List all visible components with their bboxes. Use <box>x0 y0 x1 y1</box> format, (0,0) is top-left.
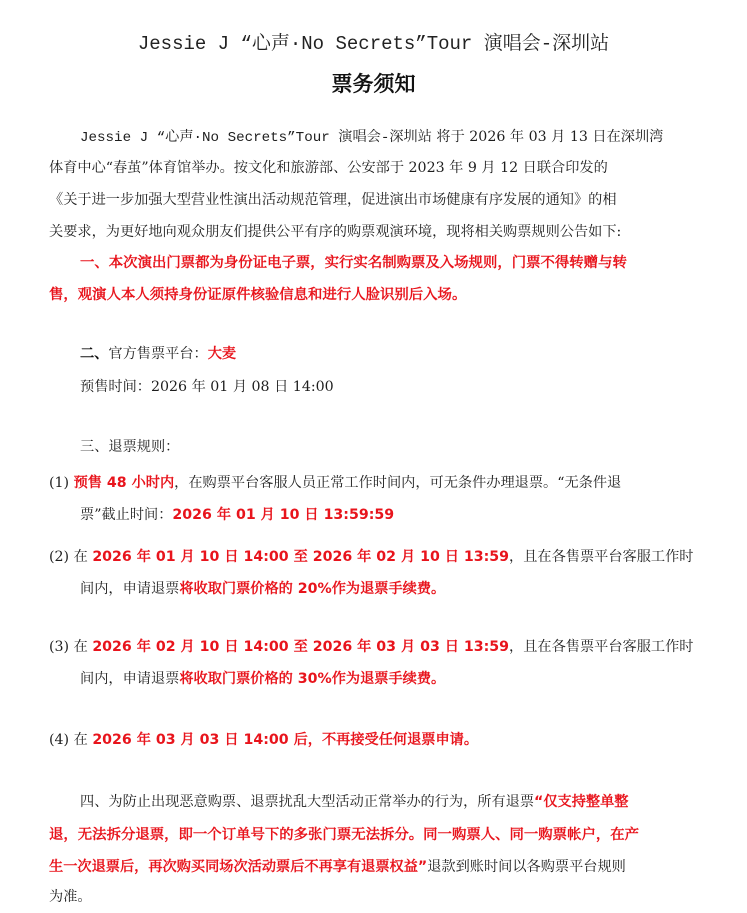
rule-highlight: 预售 48 小时内 <box>74 475 175 491</box>
rule-text: 间内，申请退票 <box>80 581 179 597</box>
intro-line-1: Jessie J “心声·No Secrets”Tour 演唱会-深圳站 将于 … <box>80 126 663 146</box>
intro-event-date: 将于 2026 年 03 月 13 日在深圳湾 <box>432 129 663 145</box>
section2-number: 二、 <box>80 346 108 362</box>
presale-time: 2026 年 01 月 08 日 14:00 <box>151 379 334 395</box>
rule-text: ，且在各售票平台客服工作时 <box>509 549 693 565</box>
section4-line-3: 生一次退票后，再次购买同场次活动票后不再享有退票权益”退款到账时间以各购票平台规… <box>49 856 626 876</box>
refund-rule-1-line-1: (1) 预售 48 小时内，在购票平台客服人员正常工作时间内，可无条件办理退票。… <box>49 472 621 492</box>
refund-rule-4-line-1: (4) 在 2026 年 03 月 03 日 14:00 后，不再接受任何退票申… <box>49 729 478 749</box>
rule-period: 2026 年 01 月 10 日 14:00 至 2026 年 02 月 10 … <box>92 549 509 565</box>
platform-name: 大麦 <box>208 346 236 362</box>
rule-text: ，在购票平台客服人员正常工作时间内，可无条件办理退票。“无条件退 <box>174 475 621 491</box>
rule-cutoff: 2026 年 03 月 03 日 14:00 后，不再接受任何退票申请。 <box>92 732 478 748</box>
rule-number: (3) <box>49 639 74 655</box>
section3-heading: 三、退票规则： <box>80 436 179 456</box>
section1-line-2: 售，观演人本人须持身份证原件核验信息和进行人脸识别后入场。 <box>49 283 466 304</box>
section4-line-4: 为准。 <box>49 886 92 906</box>
section4-highlight: 生一次退票后，再次购买同场次活动票后不再享有退票权益” <box>49 859 427 875</box>
section4-text: 四、为防止出现恶意购票、退票扰乱大型活动正常举办的行为，所有退票 <box>80 794 534 810</box>
ticket-notice-document: Jessie J “心声·No Secrets”Tour 演唱会-深圳站 票务须… <box>0 0 747 913</box>
rule-deadline: 2026 年 01 月 10 日 13:59:59 <box>172 507 394 523</box>
document-title: Jessie J “心声·No Secrets”Tour 演唱会-深圳站 <box>0 28 747 55</box>
section4-line-1: 四、为防止出现恶意购票、退票扰乱大型活动正常举办的行为，所有退票“仅支持整单整 <box>80 791 628 811</box>
rule-text: 在 <box>74 732 93 748</box>
rule-number: (1) <box>49 475 74 491</box>
refund-rule-1-line-2: 票”截止时间：2026 年 01 月 10 日 13:59:59 <box>80 504 394 524</box>
presale-label: 预售时间： <box>80 379 151 395</box>
rule-text: 票”截止时间： <box>80 507 172 523</box>
document-subtitle: 票务须知 <box>0 68 747 98</box>
rule-text: 在 <box>74 549 93 565</box>
section1-line-1: 一、本次演出门票都为身份证电子票，实行实名制购票及入场规则，门票不得转赠与转 <box>80 251 627 272</box>
refund-rule-3-line-2: 间内，申请退票将收取门票价格的 30%作为退票手续费。 <box>80 668 445 688</box>
rule-fee: 将收取门票价格的 20%作为退票手续费。 <box>179 581 445 597</box>
rule-number: (4) <box>49 732 74 748</box>
rule-fee: 将收取门票价格的 30%作为退票手续费。 <box>179 671 445 687</box>
section2-heading: 二、官方售票平台：大麦 <box>80 343 236 363</box>
refund-rule-2-line-2: 间内，申请退票将收取门票价格的 20%作为退票手续费。 <box>80 578 445 598</box>
presale-line: 预售时间：2026 年 01 月 08 日 14:00 <box>80 376 334 396</box>
platform-label: 官方售票平台： <box>108 346 207 362</box>
rule-text: ，且在各售票平台客服工作时 <box>509 639 693 655</box>
section4-highlight: “仅支持整单整 <box>534 794 628 810</box>
section4-line-2: 退，无法拆分退票，即一个订单号下的多张门票无法拆分。同一购票人、同一购票帐户，在… <box>49 823 639 844</box>
intro-line-4: 关要求，为更好地向观众朋友们提供公平有序的购票观演环境，现将相关购票规则公告如下… <box>49 221 621 241</box>
refund-rule-3-line-1: (3) 在 2026 年 02 月 10 日 14:00 至 2026 年 03… <box>49 636 694 656</box>
intro-line-2: 体育中心“春茧”体育馆举办。按文化和旅游部、公安部于 2023 年 9 月 12… <box>49 157 608 177</box>
rule-period: 2026 年 02 月 10 日 14:00 至 2026 年 03 月 03 … <box>92 639 509 655</box>
intro-event-name: Jessie J “心声·No Secrets”Tour 演唱会-深圳站 <box>80 130 432 146</box>
rule-number: (2) <box>49 549 74 565</box>
intro-line-3: 《关于进一步加强大型营业性演出活动规范管理，促进演出市场健康有序发展的通知》的相 <box>49 189 617 209</box>
rule-text: 在 <box>74 639 93 655</box>
section4-text: 退款到账时间以各购票平台规则 <box>427 859 626 875</box>
refund-rule-2-line-1: (2) 在 2026 年 01 月 10 日 14:00 至 2026 年 02… <box>49 546 694 566</box>
rule-text: 间内，申请退票 <box>80 671 179 687</box>
